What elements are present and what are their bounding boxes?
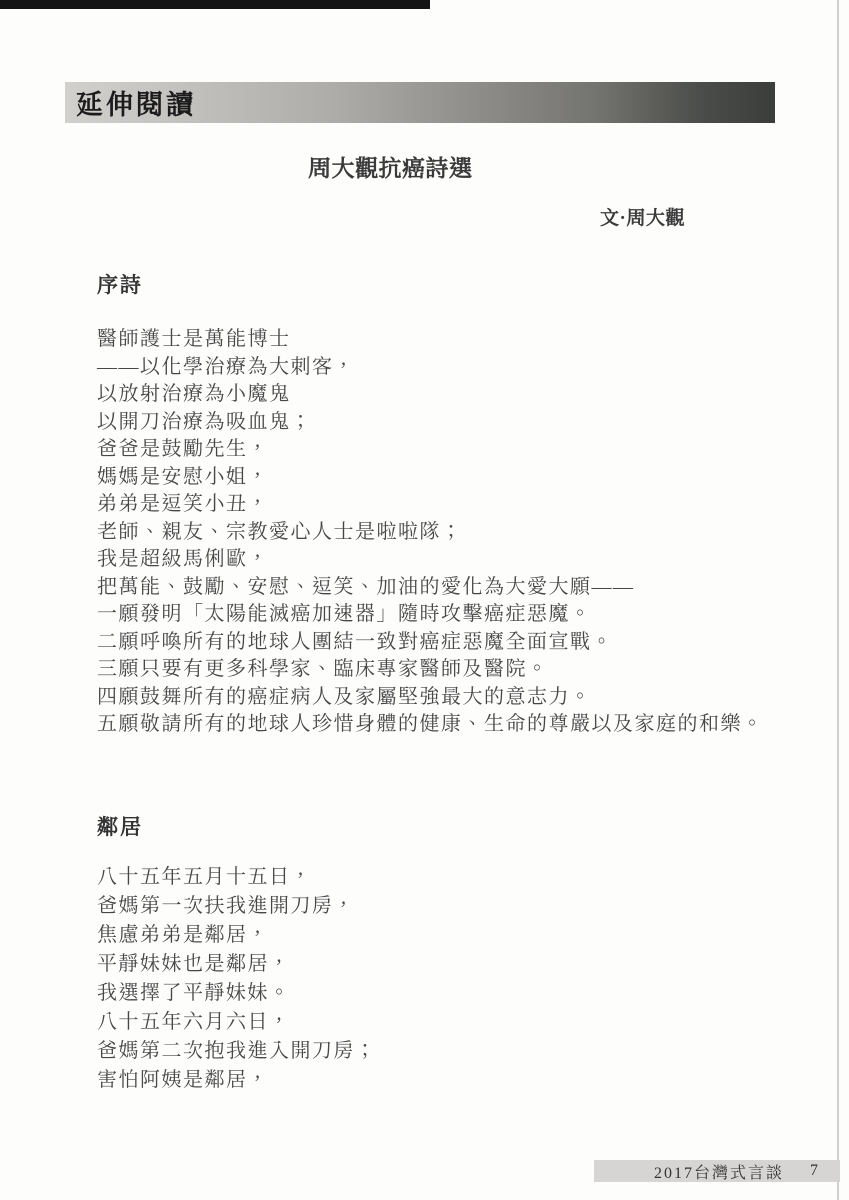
poem-neighbor: 八十五年五月十五日， 爸媽第一次扶我進開刀房， 焦慮弟弟是鄰居， 平靜妹妹也是鄰… (97, 863, 377, 1095)
poem-line: 二願呼喚所有的地球人團結一致對癌症惡魔全面宣戰。 (97, 629, 764, 657)
poem-line: 弟弟是逗笑小丑， (97, 491, 764, 519)
footer-page-number: 7 (810, 1162, 818, 1180)
poem-line: 一願發明「太陽能滅癌加速器」隨時攻擊癌症惡魔。 (97, 601, 764, 629)
poem-line: 八十五年六月六日， (97, 1008, 377, 1037)
poem-line: 三願只要有更多科學家、臨床專家醫師及醫院。 (97, 656, 764, 684)
poem-preface: 醫師護士是萬能博士 ——以化學治療為大刺客， 以放射治療為小魔鬼 以開刀治療為吸… (97, 326, 764, 739)
poem-line: 老師、親友、宗教愛心人士是啦啦隊； (97, 519, 764, 547)
page-footer: 2017台灣式言談 7 (594, 1160, 840, 1182)
section-header-label: 延伸閱讀 (76, 83, 196, 122)
page-title: 周大觀抗癌詩選 (308, 150, 473, 183)
page-edge-line (837, 0, 839, 1200)
poem-line: 五願敬請所有的地球人珍惜身體的健康、生命的尊嚴以及家庭的和樂。 (97, 711, 764, 739)
poem-line: 媽媽是安慰小姐， (97, 464, 764, 492)
poem-line: 四願鼓舞所有的癌症病人及家屬堅強最大的意志力。 (97, 684, 764, 712)
poem-line: 我選擇了平靜妹妹。 (97, 979, 377, 1008)
poem-line: 以開刀治療為吸血鬼； (97, 409, 764, 437)
poem-line: 醫師護士是萬能博士 (97, 326, 764, 354)
poem-line: ——以化學治療為大刺客， (97, 354, 764, 382)
poem-line: 八十五年五月十五日， (97, 863, 377, 892)
poem-line: 爸爸是鼓勵先生， (97, 436, 764, 464)
book-page: 延伸閱讀 周大觀抗癌詩選 文·周大觀 序詩 醫師護士是萬能博士 ——以化學治療為… (0, 0, 849, 1200)
section-heading-neighbor: 鄰居 (97, 811, 143, 841)
footer-book-title: 2017台灣式言談 (654, 1160, 784, 1183)
poem-line: 爸媽第二次抱我進入開刀房； (97, 1037, 377, 1066)
poem-line: 爸媽第一次扶我進開刀房， (97, 892, 377, 921)
poem-line: 我是超級馬俐歐， (97, 546, 764, 574)
poem-line: 害怕阿姨是鄰居， (97, 1066, 377, 1095)
poem-line: 把萬能、鼓勵、安慰、逗笑、加油的愛化為大愛大願—— (97, 574, 764, 602)
section-heading-preface: 序詩 (97, 269, 143, 299)
byline: 文·周大觀 (600, 203, 685, 230)
poem-line: 以放射治療為小魔鬼 (97, 381, 764, 409)
poem-line: 平靜妹妹也是鄰居， (97, 950, 377, 979)
poem-line: 焦慮弟弟是鄰居， (97, 921, 377, 950)
scan-artifact-top-bar (0, 0, 430, 9)
section-header-bar: 延伸閱讀 (65, 82, 775, 123)
